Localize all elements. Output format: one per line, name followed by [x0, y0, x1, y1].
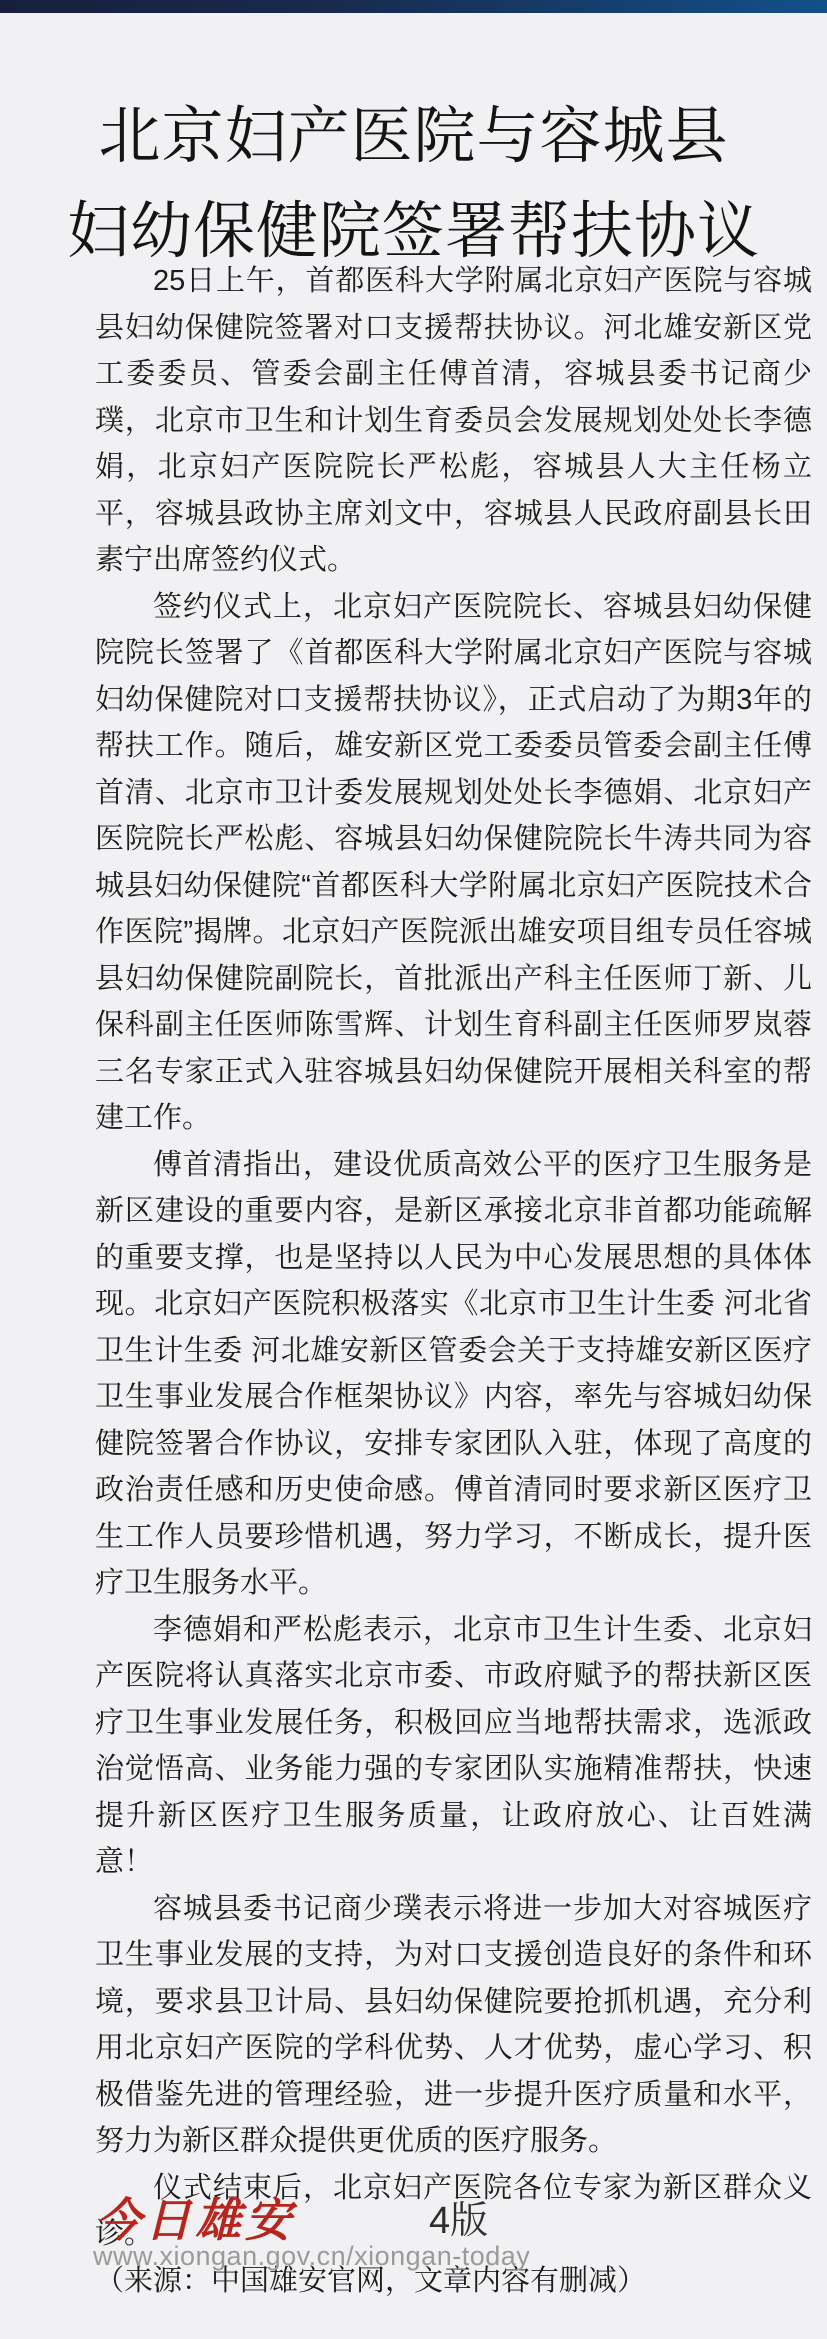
headline-line-1: 北京妇产医院与容城县	[98, 103, 728, 171]
footer-url: www.xiongan.gov.cn/xiongan-today	[93, 2240, 530, 2272]
article-body: 25日上午，首都医科大学附属北京妇产医院与容城县妇幼保健院签署对口支援帮扶协议。…	[95, 258, 812, 2304]
xiongan-today-logo: 今日雄安	[95, 2196, 295, 2246]
page-number: 4版	[429, 2200, 488, 2242]
article-paragraph: 傅首清指出，建设优质高效公平的医疗卫生服务是新区建设的重要内容，是新区承接北京非…	[95, 1142, 812, 1607]
headline-line-2: 妇幼保健院签署帮扶协议	[67, 198, 760, 266]
top-accent-bar	[0, 0, 827, 13]
article-paragraph: 签约仪式上，北京妇产医院院长、容城县妇幼保健院院长签署了《首都医科大学附属北京妇…	[95, 584, 812, 1142]
article-paragraph: 25日上午，首都医科大学附属北京妇产医院与容城县妇幼保健院签署对口支援帮扶协议。…	[95, 258, 812, 584]
newspaper-page: 北京妇产医院与容城县 妇幼保健院签署帮扶协议 25日上午，首都医科大学附属北京妇…	[0, 0, 827, 2339]
article-paragraph: 李德娟和严松彪表示，北京市卫生计生委、北京妇产医院将认真落实北京市委、市政府赋予…	[95, 1607, 812, 1886]
article-headline: 北京妇产医院与容城县 妇幼保健院签署帮扶协议	[0, 90, 827, 280]
article-paragraph: 容城县委书记商少璞表示将进一步加大对容城医疗卫生事业发展的支持，为对口支援创造良…	[95, 1886, 812, 2165]
